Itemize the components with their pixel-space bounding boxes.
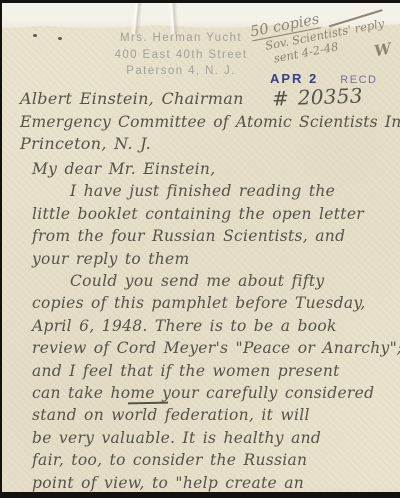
recipient-line: Albert Einstein, Chairman xyxy=(20,88,400,111)
body-line: be very valuable. It is healthy and xyxy=(32,427,400,449)
pencil-initial: W xyxy=(373,41,392,58)
recipient-line: Emergency Committee of Atomic Scientists… xyxy=(20,111,400,134)
body-line: review of Cord Meyer's "Peace or Anarchy… xyxy=(32,337,400,359)
body-line: and I feel that if the women present xyxy=(32,360,400,382)
salutation: My dear Mr. Einstein, xyxy=(32,158,400,180)
recipient-address: Albert Einstein, Chairman Emergency Comm… xyxy=(20,88,400,156)
body-line: little booklet containing the open lette… xyxy=(32,203,400,225)
body-line: I have just finished reading the xyxy=(70,180,400,202)
body-line: Could you send me about fifty xyxy=(70,270,400,292)
scanned-letter-page: { "letterhead": { "name": "Mrs. Herman Y… xyxy=(0,0,400,498)
body-line: copies of this pamphlet before Tuesday, xyxy=(32,292,400,314)
letter-paper: Mrs. Herman Yucht 400 East 40th Street P… xyxy=(2,3,400,492)
body-line: point of view, to "help create an xyxy=(32,472,400,494)
body-line: from the four Russian Scientists, and xyxy=(32,225,400,247)
body-line: can take home your carefully considered xyxy=(32,382,400,404)
body-line: April 6, 1948. There is to be a book xyxy=(32,315,400,337)
letter-body: My dear Mr. Einstein, I have just finish… xyxy=(32,158,400,494)
recipient-line: Princeton, N. J. xyxy=(20,133,400,156)
body-line: fair, too, to consider the Russian xyxy=(32,449,400,471)
body-line: your reply to them xyxy=(32,248,400,270)
body-line: stand on world federation, it will xyxy=(32,404,400,426)
stamp-date: APR 2 xyxy=(270,71,318,86)
